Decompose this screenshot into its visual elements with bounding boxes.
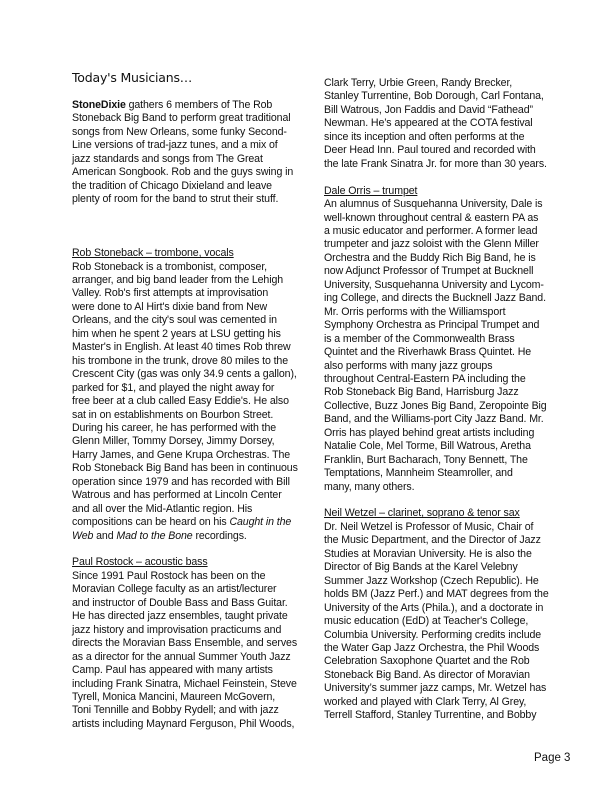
- bio-neil-wetzel: Neil Wetzel – clarinet, soprano & tenor …: [324, 507, 560, 722]
- band-name: StoneDixie: [72, 99, 126, 111]
- bio-dale-orris: Dale Orris – trumpet An alumnus of Susqu…: [324, 185, 560, 494]
- right-column: Clark Terry, Urbie Green, Randy Brecker,…: [324, 77, 560, 723]
- bio-rob-stoneback: Rob Stoneback – trombone, vocals Rob Sto…: [72, 247, 312, 543]
- bio-heading: Paul Rostock – acoustic bass: [72, 556, 312, 569]
- album-title: Web: [72, 530, 93, 542]
- bio-heading: Rob Stoneback – trombone, vocals: [72, 247, 312, 260]
- album-title: Mad to the Bone: [116, 530, 192, 542]
- album-title: Caught in the: [229, 516, 291, 528]
- page-title: Today's Musicians…: [72, 70, 312, 86]
- left-column: Today's Musicians… StoneDixie gathers 6 …: [72, 70, 312, 731]
- page-number: Page 3: [534, 752, 570, 764]
- bio-heading: Neil Wetzel – clarinet, soprano & tenor …: [324, 507, 560, 520]
- bio-heading: Dale Orris – trumpet: [324, 185, 560, 198]
- document-page: Today's Musicians… StoneDixie gathers 6 …: [0, 0, 612, 792]
- intro-paragraph: StoneDixie gathers 6 members of The Rob …: [72, 99, 312, 207]
- bio-paul-rostock-continued: Clark Terry, Urbie Green, Randy Brecker,…: [324, 77, 560, 171]
- bio-paul-rostock: Paul Rostock – acoustic bass Since 1991 …: [72, 556, 312, 731]
